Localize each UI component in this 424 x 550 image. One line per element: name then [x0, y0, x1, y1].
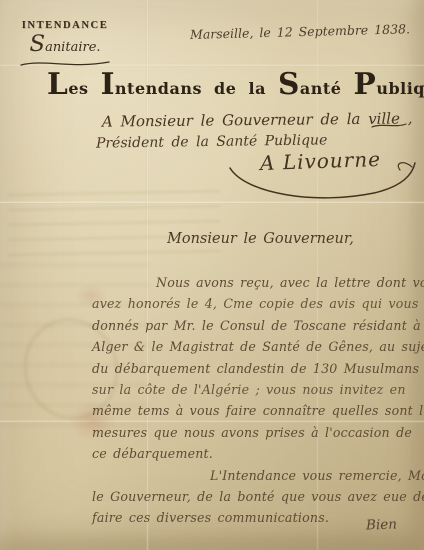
- heading-word: de: [214, 75, 236, 103]
- heading-word: Intendans: [101, 70, 202, 103]
- date-line: Marseille, le 12 Septembre 1838.: [190, 21, 418, 42]
- heading-word: Les: [47, 70, 89, 103]
- body-line: mesures que nous avons prises à l'occasi…: [0, 422, 424, 443]
- body-line: Alger & le Magistrat de Santé de Gênes, …: [0, 336, 424, 357]
- letter-heading: Les Intendans de la Santé Publique: [44, 70, 392, 103]
- body-line: faire ces diverses communications.: [0, 507, 424, 528]
- address-line-president: Président de la Santé Publique: [96, 132, 328, 151]
- body-line: avez honorés le 4, Cme copie des avis qu…: [0, 293, 424, 314]
- body-line: du débarquement clandestin de 130 Musulm…: [0, 358, 424, 379]
- intendance-stamp: INTENDANCE Sanitaire.: [6, 20, 124, 70]
- body-line: L'Intendance vous remercie, Monsieur: [0, 465, 424, 486]
- address-line-recipient: A Monsieur le Gouverneur de la ville ,: [102, 109, 413, 130]
- heading-word: Publique: [354, 70, 424, 103]
- catchword: Bien: [366, 516, 397, 533]
- heading-word: la: [248, 75, 265, 103]
- body-line: le Gouverneur, de la bonté que vous avez…: [0, 486, 424, 507]
- body-line: ce débarquement.: [0, 443, 424, 464]
- flourish-underline-icon: [224, 158, 420, 210]
- stamp-title: INTENDANCE: [6, 20, 124, 31]
- body-line: Nous avons reçu, avec la lettre dont vou…: [0, 272, 424, 293]
- salutation: Monsieur le Gouverneur,: [167, 231, 354, 247]
- body-line: donnés par Mr. le Consul de Toscane rési…: [0, 315, 424, 336]
- heading-word: Santé: [278, 70, 341, 103]
- stamp-subtitle: Sanitaire.: [29, 31, 100, 57]
- flourish-dash-icon: [370, 121, 408, 131]
- body-line: sur la côte de l'Algérie ; vous nous inv…: [0, 379, 424, 400]
- letter-body: Nous avons reçu, avec la lettre dont vou…: [0, 272, 424, 529]
- body-line: même tems à vous faire connaître quelles…: [0, 400, 424, 421]
- letter-page: INTENDANCE Sanitaire. Marseille, le 12 S…: [0, 0, 424, 550]
